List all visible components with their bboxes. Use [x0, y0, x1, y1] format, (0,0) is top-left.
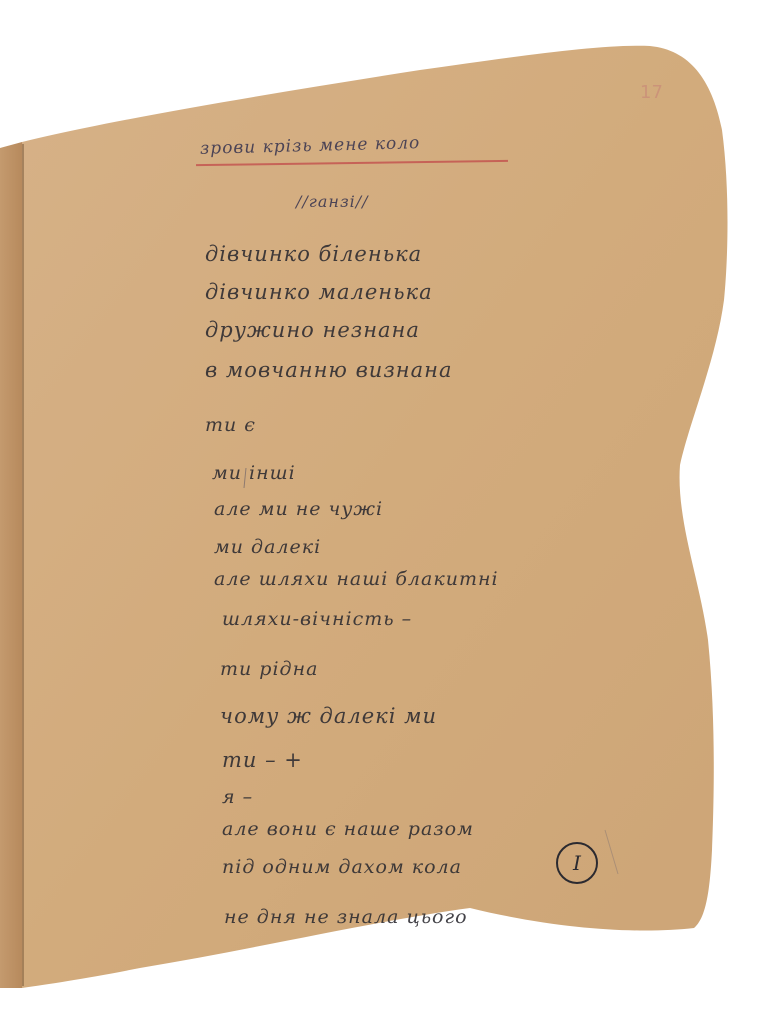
manuscript-scan: 17 зрови крізь мене коло //ганзі// дівчи…: [0, 0, 778, 1024]
poem-line: дівчинко маленька: [205, 280, 433, 304]
page-number: 17: [640, 82, 663, 103]
poem-line: дівчинко біленька: [205, 242, 422, 266]
poem-line: але шляхи наші блакитні: [214, 568, 499, 590]
circled-roman-numeral: I: [556, 842, 598, 884]
poem-line: ми далекі: [214, 536, 321, 558]
poem-line: чому ж далекі ми: [220, 704, 437, 728]
poem-line: не дня не знала цього: [224, 906, 468, 928]
poem-line: ми інші: [212, 462, 296, 484]
poem-line: під одним дахом кола: [222, 856, 462, 878]
poem-line: дружино незнана: [205, 318, 420, 342]
poem-line: ти рідна: [220, 658, 318, 680]
poem-line: я –: [222, 786, 253, 808]
poem-line: але вони є наше разом: [222, 818, 474, 840]
poem-line: ти є: [205, 414, 256, 436]
poem-subtitle: //ганзі//: [296, 192, 369, 211]
poem-line: але ми не чужі: [214, 498, 383, 520]
poem-line: в мовчанню визнана: [205, 358, 453, 382]
left-page-edge: [0, 142, 22, 988]
poem-line: ти – +: [222, 748, 303, 772]
poem-line: шляхи-вічність –: [222, 608, 412, 630]
